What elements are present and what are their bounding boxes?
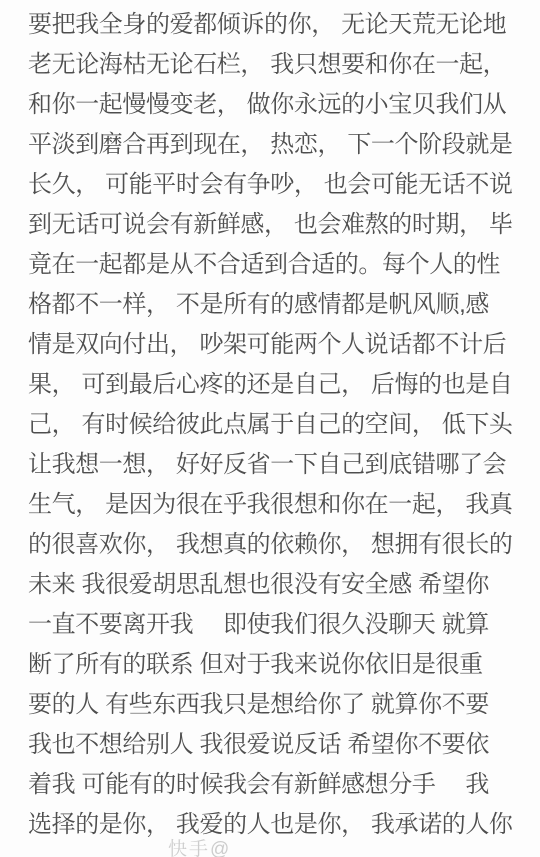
text-line: 让我想一想， 好好反省一下自己到底错哪了会	[28, 445, 522, 485]
text-line: 我也不想给别人 我很爱说反话 希望你不要依	[28, 725, 522, 765]
text-line: 己， 有时候给彼此点属于自己的空间， 低下头	[28, 405, 522, 445]
text-line: 一直不要离开我 即使我们很久没聊天 就算	[28, 605, 522, 645]
text-line: 竟在一起都是从不合适到合适的。每个人的性	[28, 245, 522, 285]
text-line: 断了所有的联系 但对于我来说你依旧是很重	[28, 645, 522, 685]
text-line: 要把我全身的爱都倾诉的你， 无论天荒无论地	[28, 5, 522, 45]
text-line: 到无话可说会有新鲜感， 也会难熬的时期， 毕	[28, 205, 522, 245]
text-line: 和你一起慢慢变老， 做你永远的小宝贝我们从	[28, 85, 522, 125]
text-line: 长久， 可能平时会有争吵， 也会可能无话不说	[28, 165, 522, 205]
text-line: 未来 我很爱胡思乱想也很没有安全感 希望你	[28, 565, 522, 605]
text-line: 平淡到磨合再到现在， 热恋， 下一个阶段就是	[28, 125, 522, 165]
text-line: 着我 可能有的时候我会有新鲜感想分手 我	[28, 765, 522, 805]
text-line: 格都不一样， 不是所有的感情都是帆风顺,感	[28, 285, 522, 325]
text-line: 生气， 是因为很在乎我很想和你在一起， 我真	[28, 485, 522, 525]
text-line: 老无论海枯无论石栏， 我只想要和你在一起，	[28, 45, 522, 85]
text-body: 要把我全身的爱都倾诉的你， 无论天荒无论地老无论海枯无论石栏， 我只想要和你在一…	[0, 0, 540, 845]
text-page: 要把我全身的爱都倾诉的你， 无论天荒无论地老无论海枯无论石栏， 我只想要和你在一…	[0, 0, 540, 845]
text-line: 要的人 有些东西我只是想给你了 就算你不要	[28, 685, 522, 725]
text-line: 情是双向付出， 吵架可能两个人说话都不计后	[28, 325, 522, 365]
text-line: 果， 可到最后心疼的还是自己， 后悔的也是自	[28, 365, 522, 405]
text-line: 选择的是你， 我爱的人也是你， 我承诺的人你	[28, 805, 522, 845]
text-line: 的很喜欢你， 我想真的依赖你， 想拥有很长的	[28, 525, 522, 565]
